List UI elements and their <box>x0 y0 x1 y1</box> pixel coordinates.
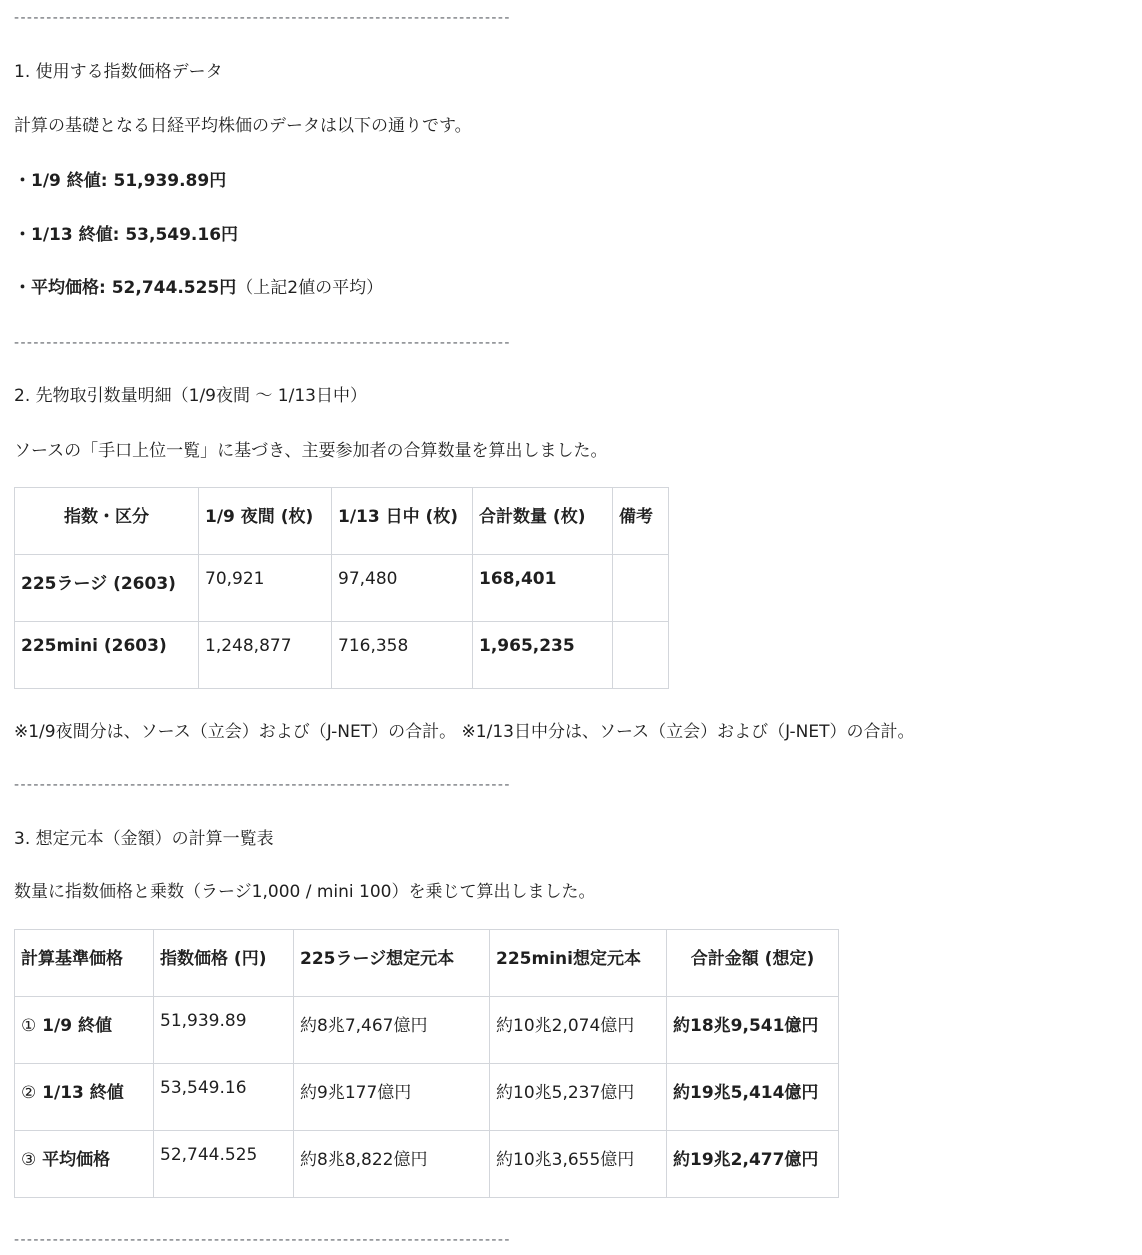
cell-day: 716,358 <box>332 622 473 689</box>
header-mini-notional: 225mini想定元本 <box>490 930 667 997</box>
cell-mini: 約10兆5,237億円 <box>490 1064 667 1131</box>
cell-large: 約9兆177億円 <box>294 1064 490 1131</box>
table-row: ③ 平均価格 52,744.525 約8兆8,822億円 約10兆3,655億円… <box>15 1131 839 1198</box>
header-remarks: 備考 <box>613 488 669 555</box>
cell-note <box>613 622 669 689</box>
cell-note <box>613 555 669 622</box>
cell-mini: 約10兆2,074億円 <box>490 997 667 1064</box>
basis-label: 1/13 終値 <box>42 1083 124 1103</box>
table-row: ① 1/9 終値 51,939.89 約8兆7,467億円 約10兆2,074億… <box>15 997 839 1064</box>
section-1-heading: 1. 使用する指数価格データ <box>14 60 223 84</box>
section-3-heading: 3. 想定元本（金額）の計算一覧表 <box>14 827 274 851</box>
cell-price: 51,939.89 <box>154 997 294 1064</box>
divider: ----------------------------------------… <box>14 773 784 797</box>
notional-table: 計算基準価格 指数価格 (円) 225ラージ想定元本 225mini想定元本 合… <box>14 929 839 1198</box>
section-2-intro: ソースの「手口上位一覧」に基づき、主要参加者の合算数量を算出しました。 <box>14 439 607 463</box>
table-header-row: 指数・区分 1/9 夜間 (枚) 1/13 日中 (枚) 合計数量 (枚) 備考 <box>15 488 669 555</box>
cell-price: 53,549.16 <box>154 1064 294 1131</box>
basis-label: 1/9 終値 <box>42 1016 112 1036</box>
cell-large: 約8兆7,467億円 <box>294 997 490 1064</box>
header-index-price: 指数価格 (円) <box>154 930 294 997</box>
cell-name: 225ラージ (2603) <box>15 555 199 622</box>
header-index-category: 指数・区分 <box>15 488 199 555</box>
cell-basis: ① 1/9 終値 <box>15 997 154 1064</box>
average-note: （上記2値の平均） <box>236 278 383 298</box>
section-2-heading: 2. 先物取引数量明細（1/9夜間 〜 1/13日中） <box>14 384 367 408</box>
cell-total: 約19兆5,414億円 <box>667 1064 839 1131</box>
average-label: ・平均価格: 52,744.525円 <box>14 278 236 298</box>
divider: ----------------------------------------… <box>14 331 784 355</box>
cell-night: 70,921 <box>199 555 332 622</box>
cell-night: 1,248,877 <box>199 622 332 689</box>
cell-mini: 約10兆3,655億円 <box>490 1131 667 1198</box>
price-item-average: ・平均価格: 52,744.525円（上記2値の平均） <box>14 276 383 300</box>
volume-table: 指数・区分 1/9 夜間 (枚) 1/13 日中 (枚) 合計数量 (枚) 備考… <box>14 487 669 689</box>
table-row: 225mini (2603) 1,248,877 716,358 1,965,2… <box>15 622 669 689</box>
footnote: ※1/9夜間分は、ソース（立会）および（J-NET）の合計。 ※1/13日中分は… <box>14 720 915 744</box>
basis-label: 平均価格 <box>42 1150 110 1170</box>
header-total-volume: 合計数量 (枚) <box>473 488 613 555</box>
table-row: ② 1/13 終値 53,549.16 約9兆177億円 約10兆5,237億円… <box>15 1064 839 1131</box>
divider: ----------------------------------------… <box>14 6 784 30</box>
cell-large: 約8兆8,822億円 <box>294 1131 490 1198</box>
header-basis: 計算基準価格 <box>15 930 154 997</box>
header-total-amount: 合計金額 (想定) <box>667 930 839 997</box>
cell-total: 約19兆2,477億円 <box>667 1131 839 1198</box>
cell-basis: ② 1/13 終値 <box>15 1064 154 1131</box>
marker: ① <box>21 1016 36 1036</box>
header-large-notional: 225ラージ想定元本 <box>294 930 490 997</box>
table-row: 225ラージ (2603) 70,921 97,480 168,401 <box>15 555 669 622</box>
cell-total: 約18兆9,541億円 <box>667 997 839 1064</box>
cell-basis: ③ 平均価格 <box>15 1131 154 1198</box>
marker: ③ <box>21 1150 36 1170</box>
section-1-intro: 計算の基礎となる日経平均株価のデータは以下の通りです。 <box>14 114 472 138</box>
cell-total: 1,965,235 <box>473 622 613 689</box>
divider: ----------------------------------------… <box>14 1228 784 1252</box>
price-item-jan9: ・1/9 終値: 51,939.89円 <box>14 169 226 193</box>
cell-total: 168,401 <box>473 555 613 622</box>
cell-name: 225mini (2603) <box>15 622 199 689</box>
header-jan13-day: 1/13 日中 (枚) <box>332 488 473 555</box>
marker: ② <box>21 1083 36 1103</box>
cell-day: 97,480 <box>332 555 473 622</box>
table-header-row: 計算基準価格 指数価格 (円) 225ラージ想定元本 225mini想定元本 合… <box>15 930 839 997</box>
cell-price: 52,744.525 <box>154 1131 294 1198</box>
header-jan9-night: 1/9 夜間 (枚) <box>199 488 332 555</box>
price-item-jan13: ・1/13 終値: 53,549.16円 <box>14 223 238 247</box>
section-3-intro: 数量に指数価格と乗数（ラージ1,000 / mini 100）を乗じて算出しまし… <box>14 880 596 904</box>
